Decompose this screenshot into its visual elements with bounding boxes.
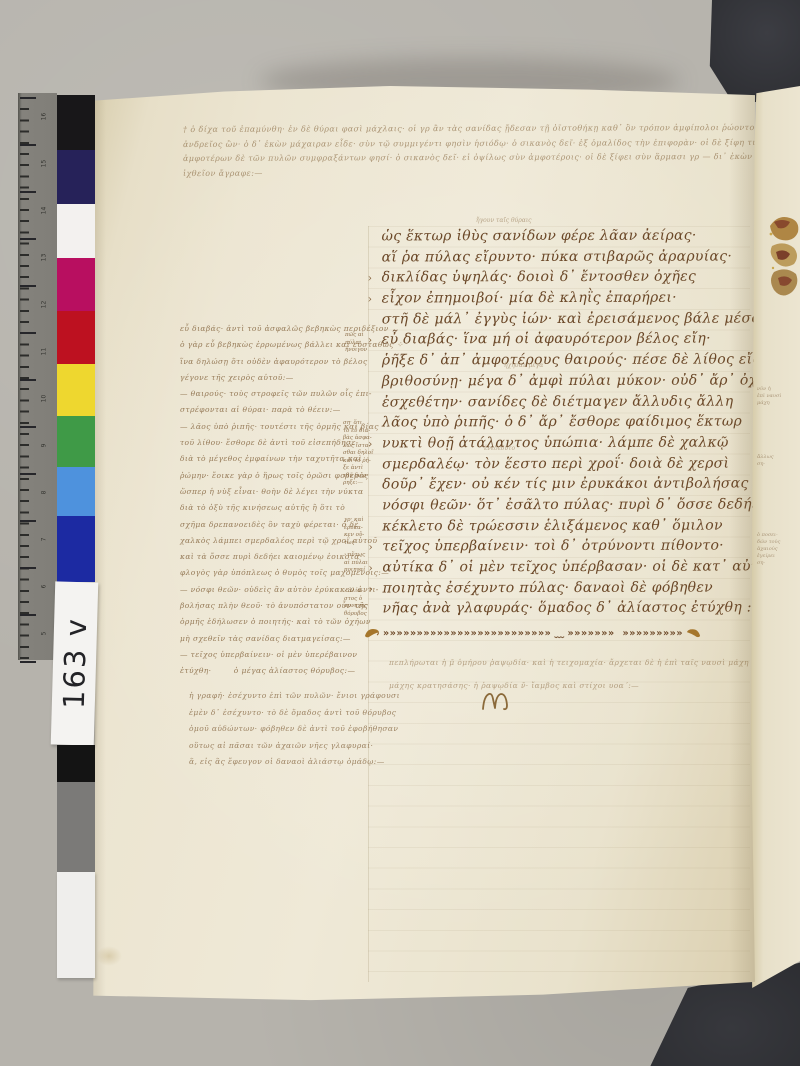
verse-line: ›εἶχον ἐπημοιβοί· μία δὲ κληῒς ἐπαρήρει·: [368, 290, 750, 312]
verse-line: ›νῆας ἀνὰ γλαφυράς· ὅμαδος δ᾽ ἀλίαστος ἐ…: [368, 600, 750, 622]
book-number-mu: [480, 690, 510, 712]
verse-line: ›αὐτίκα δ᾽ οἱ μὲν τεῖχος ὑπέρβασαν· οἱ δ…: [368, 558, 750, 580]
facing-scholia-line: ἀχαιοὺς: [757, 546, 780, 553]
verse-text: νῆας ἀνὰ γλαφυράς· ὅμαδος δ᾽ ἀλίαστος ἐτ…: [382, 600, 766, 617]
color-calibration-bar: [57, 95, 95, 582]
scholion-line: ἐμὲν δ᾽ ἐσέχυντο· τὸ δὲ ὅμαδος ἀντὶ τοῦ …: [189, 705, 379, 722]
verse-line: ›ῥῆξε δ᾽ ἀπ᾽ ἀμφοτέρους θαιρούς· πέσε δὲ…: [368, 352, 750, 374]
interlinear-gloss: ἐνεδέδυτο: [484, 445, 515, 452]
parchment-stain: [96, 946, 122, 966]
manuscript-page: † ὁ δίχα τοῦ ἐπαμύνθη· ἐν δὲ θύραι φασὶ …: [92, 86, 755, 1002]
facing-scholia-line: δῶν τοὺς: [757, 539, 780, 546]
scholion-line: διὰ τὸ ὀξὺ τῆς κινήσεως αὐτῆς ἢ ὅτι τὸ: [180, 500, 376, 516]
verse-text: αἵ ῥα πύλας εἴρυντο· πύκα στιβαρῶς ἀραρυ…: [382, 248, 733, 265]
facing-scholia-line: ἄλλως: [757, 454, 774, 461]
scholion-line: οὕτως αἱ πᾶσαι τῶν ἀχαιῶν νῆες γλαφυραί·: [189, 738, 379, 755]
interlinear-gloss: ἤχησαν μέγα: [504, 362, 543, 369]
verse-text: βριθοσύνῃ· μέγα δ᾽ ἀμφὶ πύλαι μύκον· οὐδ…: [382, 372, 782, 389]
diple-mark: ›: [368, 293, 382, 306]
color-patch: [57, 258, 95, 311]
verse-text: εὖ διαβάς· ἵνα μή οἱ ἀφαυρότερον βέλος ε…: [382, 331, 711, 348]
verse-line: ›ποιητὰς ἐσέχυντο πύλας· δαναοὶ δὲ φόβηθ…: [368, 579, 750, 601]
ruler-numbers: 1615141312111098765: [36, 93, 52, 657]
leaf-ornament-icon: [686, 627, 701, 639]
facing-scholia-line: μάχη: [757, 400, 781, 407]
verse-text: κέκλετο δὲ τρώεσσιν ἑλιξάμενος καθ᾽ ὅμιλ…: [382, 517, 723, 534]
verse-text: στῆ δὲ μάλ᾽ ἐγγὺς ἰών· καὶ ἐρεισάμενος β…: [382, 310, 784, 327]
verse-text: εἶχον ἐπημοιβοί· μία δὲ κληῒς ἐπαρήρει·: [382, 290, 677, 307]
verse-text: δικλίδας ὑψηλάς· δοιοὶ δ᾽ ἔντοσθεν ὀχῆες: [382, 269, 697, 286]
diple-mark: ›: [368, 272, 382, 285]
verse-line: ›τεῖχος ὑπερβαίνειν· τοὶ δ᾽ ὀτρύνοντι πί…: [368, 538, 750, 560]
chevron-row: »»»»»»» »»»»»»»»»: [568, 628, 684, 639]
facing-scholia-block: ἄλλωςση·: [757, 454, 774, 468]
scholion-line: — θαιρούς· τοὺς στροφεῖς τῶν πυλῶν οἷς ἐ…: [180, 386, 376, 402]
color-patch-tail-white: [57, 872, 95, 978]
verse-text: ἐσχεθέτην· σανίδες δὲ διέτμαγεν ἄλλυδις …: [382, 393, 734, 410]
diple-mark: ›: [368, 334, 382, 347]
color-patch: [57, 416, 95, 467]
divider-squiggle: ﹏: [554, 626, 564, 640]
annotation-line: † ὁ δίχα τοῦ ἐπαμύνθη· ἐν δὲ θύραι φασὶ …: [183, 121, 749, 137]
left-margin-scholia: εὖ διαβάς· ἀντὶ τοῦ ἀσφαλῶς βεβηκὼς περι…: [180, 321, 376, 680]
book-subscription: πεπλήρωται ἡ μ̄ ὁμήρου ῥαψῳδία· καὶ ἡ τε…: [389, 651, 739, 697]
measurement-ruler: 1615141312111098765: [18, 93, 57, 660]
annotation-line: ἰχθεῖον ἄγραφε:—: [183, 165, 749, 181]
facing-scholia-line: νῦν ἡ: [757, 386, 781, 393]
diple-mark: ›: [368, 437, 382, 450]
color-patch: [57, 364, 95, 416]
verse-text: δοῦρ᾽ ἔχεν· οὐ κέν τίς μιν ἐρυκάκοι ἀντι…: [382, 476, 749, 493]
diple-mark: ›: [368, 561, 382, 574]
scholion-line: μὴ σχεθεῖν τὰς σανίδας διατμαγείσας:—: [180, 631, 376, 647]
scholion-line: — τεῖχος ὑπερβαίνειν· οἱ μὲν ὑπερέβαινον: [180, 647, 376, 663]
color-patch: [57, 95, 95, 150]
verse-line: ›νυκτὶ θοῇ ἀτάλαντος ὑπώπια· λάμπε δὲ χα…: [368, 434, 750, 456]
verse-line: ›ὡς ἕκτωρ ἰθὺς σανίδων φέρε λᾶαν ἀείρας·: [367, 228, 749, 250]
subscription-line: μάχης κρατησάσης· ἡ ῥαψῳδία ν̄· ἴαμβος κ…: [389, 674, 739, 697]
manuscript-photo: νῦν ἡἐπὶ ναυσὶμάχη ἄλλωςση· ὁ ποσει-δῶν …: [0, 0, 800, 1066]
verse-text: ῥῆξε δ᾽ ἀπ᾽ ἀμφοτέρους θαιρούς· πέσε δὲ …: [382, 352, 774, 369]
scholion-line: στρέφονται αἱ θύραι· παρὰ τὸ θέειν:—: [180, 402, 376, 418]
facing-scholia-line: ἐπὶ ναυσὶ: [757, 393, 781, 400]
scholion-line: ἵνα δηλώσῃ ὅτι οὐδὲν ἀφαυρότερον τὸ βέλο…: [180, 354, 376, 370]
verse-line: ›λᾶος ὑπὸ ῥιπῆς· ὁ δ᾽ ἄρ᾽ ἔσθορε φαίδιμο…: [368, 414, 750, 436]
verse-text: νόσφι θεῶν· ὅτ᾽ ἐσᾶλτο πύλας· πυρὶ δ᾽ ὄσ…: [382, 496, 770, 513]
top-margin-annotation: † ὁ δίχα τοῦ ἐπαμύνθη· ἐν δὲ θύραι φασὶ …: [183, 122, 749, 180]
verse-line: ›νόσφι θεῶν· ὅτ᾽ ἐσᾶλτο πύλας· πυρὶ δ᾽ ὄ…: [368, 496, 750, 518]
verse-text: τεῖχος ὑπερβαίνειν· τοὶ δ᾽ ὀτρύνοντι πίθ…: [382, 538, 724, 555]
diple-mark: ›: [368, 582, 382, 595]
color-patch-tail-gray: [57, 782, 95, 872]
scholion-line: γέγονε τῆς χειρὸς αὐτοῦ:—: [180, 370, 376, 386]
interlinear-gloss: ἤγουν ταῖς θύραις: [476, 217, 532, 224]
facing-scholia-block: ὁ ποσει-δῶν τοὺςἀχαιοὺςἐγείρειση·: [757, 532, 780, 567]
verse-text: λᾶος ὑπὸ ῥιπῆς· ὁ δ᾽ ἄρ᾽ ἔσθορε φαίδιμος…: [382, 414, 742, 431]
color-patch: [57, 204, 95, 258]
color-patch: [57, 311, 95, 364]
verse-line: ›στῆ δὲ μάλ᾽ ἐγγὺς ἰών· καὶ ἐρεισάμενος …: [368, 310, 750, 332]
subscription-line: πεπλήρωται ἡ μ̄ ὁμήρου ῥαψῳδία· καὶ ἡ τε…: [389, 651, 739, 674]
annotation-line: ἀμφοτέρων δὲ τῶν πυλῶν συμφραξάντων φησί…: [183, 150, 749, 166]
verse-line: ›ἐσχεθέτην· σανίδες δὲ διέτμαγεν ἄλλυδις…: [368, 393, 750, 415]
left-margin-scholia-lower: ἡ γραφή· ἐσέχυντο ἐπὶ τῶν πυλῶν· ἔνιοι γ…: [189, 688, 379, 771]
scholion-line: ἡ γραφή· ἐσέχυντο ἐπὶ τῶν πυλῶν· ἔνιοι γ…: [189, 688, 379, 705]
diple-mark: ›: [368, 541, 382, 554]
iliad-text-block: ›ὡς ἕκτωρ ἰθὺς σανίδων φέρε λᾶαν ἀείρας·…: [367, 228, 750, 622]
folio-number: 163 v: [52, 582, 98, 743]
verse-text: ποιητὰς ἐσέχυντο πύλας· δαναοὶ δὲ φόβηθε…: [382, 579, 713, 596]
color-patch: [57, 467, 95, 516]
facing-scholia-line: ση·: [757, 560, 780, 567]
illuminated-ornament: [764, 212, 800, 310]
verse-line: ›κέκλετο δὲ τρώεσσιν ἑλιξάμενος καθ᾽ ὅμι…: [368, 517, 750, 539]
verse-line: ›δοῦρ᾽ ἔχεν· οὐ κέν τίς μιν ἐρυκάκοι ἀντ…: [368, 476, 750, 498]
facing-scholia-line: ἐγείρει: [757, 553, 780, 560]
folio-label-strip: 163 v: [51, 581, 99, 745]
verse-line: ›δικλίδας ὑψηλάς· δοιοὶ δ᾽ ἔντοσθεν ὀχῆε…: [368, 269, 750, 291]
leaf-ornament-icon: [364, 627, 380, 639]
verse-line: ›εὖ διαβάς· ἵνα μή οἱ ἀφαυρότερον βέλος …: [368, 331, 750, 353]
facing-scholia-line: ὁ ποσει-: [757, 532, 780, 539]
facing-scholia-block: νῦν ἡἐπὶ ναυσὶμάχη: [757, 386, 781, 407]
verse-text: ὡς ἕκτωρ ἰθὺς σανίδων φέρε λᾶαν ἀείρας·: [381, 228, 696, 245]
end-of-book-divider: »»»»»»»»»»»»»»»»»»»»»»»»» ﹏ »»»»»»» »»»»…: [364, 624, 756, 642]
facing-page-edge: νῦν ἡἐπὶ ναυσὶμάχη ἄλλωςση· ὁ ποσει-δῶν …: [748, 86, 800, 988]
verse-line: ›βριθοσύνῃ· μέγα δ᾽ ἀμφὶ πύλαι μύκον· οὐ…: [368, 372, 750, 394]
scholion-line: ὁμοῦ αὐδώντων· φόβηθεν δὲ ἀντὶ τοῦ ἐφοβή…: [189, 721, 379, 738]
scholion-line: ἐτύχθη· ὁ μέγας ἀλίαστος θόρυβος:—: [180, 663, 376, 679]
verse-line: ›σμερδαλέῳ· τὸν ἕεστο περὶ χροΐ· δοιὰ δὲ…: [368, 455, 750, 477]
color-patch-tail-black: [57, 745, 95, 782]
scholion-line: ἅ, εἰς ἃς ἔφευγον οἱ δαναοὶ ἀλιάστῳ ὁμάδ…: [189, 754, 379, 771]
color-patch: [57, 150, 95, 204]
color-patch: [57, 516, 95, 582]
verse-text: νυκτὶ θοῇ ἀτάλαντος ὑπώπια· λάμπε δὲ χαλ…: [382, 434, 729, 451]
chevron-row: »»»»»»»»»»»»»»»»»»»»»»»»»: [383, 628, 551, 639]
verse-text: αὐτίκα δ᾽ οἱ μὲν τεῖχος ὑπέρβασαν· οἱ δὲ…: [382, 558, 776, 575]
verse-line: ›αἵ ῥα πύλας εἴρυντο· πύκα στιβαρῶς ἀραρ…: [368, 248, 750, 270]
facing-scholia-line: ση·: [757, 461, 774, 468]
verse-text: σμερδαλέῳ· τὸν ἕεστο περὶ χροΐ· δοιὰ δὲ …: [382, 455, 729, 472]
